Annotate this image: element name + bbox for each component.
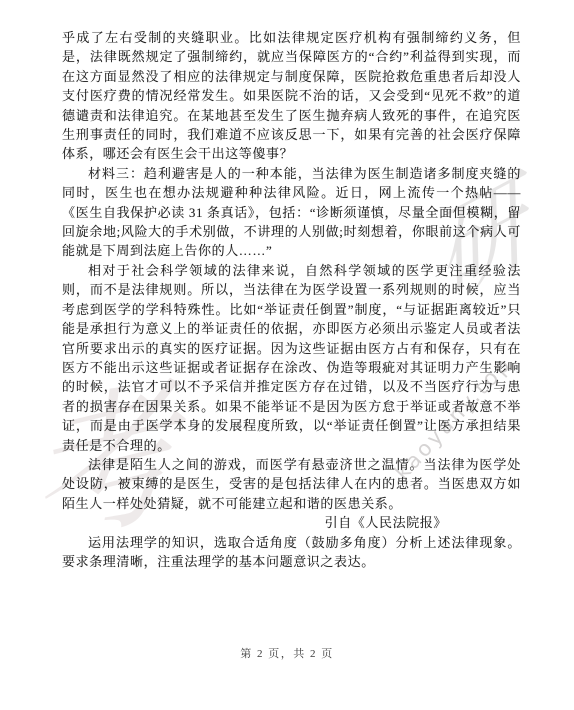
- document-body: 乎成了左右受制的夹缝职业。比如法律规定医疗机构有强制缔约义务，但是，法律既然规定…: [62, 28, 521, 571]
- body-paragraph-question-prompt: 运用法理学的知识，选取合适角度（鼓励多角度）分析上述法律现象。要求条理清晰，注重…: [62, 533, 521, 572]
- body-paragraph-continuation: 乎成了左右受制的夹缝职业。比如法律规定医疗机构有强制缔约义务，但是，法律既然规定…: [62, 28, 521, 164]
- body-paragraph-material-three: 材料三：趋利避害是人的一种本能，当法律为医生制造诸多制度夹缝的同时，医生也在想办…: [62, 164, 521, 261]
- body-paragraph-law-vs-medicine: 相对于社会科学领域的法律来说，自然科学领域的医学更注重经验法则，而不是法律规则。…: [62, 261, 521, 455]
- page-number-footer: 第 2 页，共 2 页: [0, 645, 574, 661]
- scanned-document-page: 研 考 kaoyany.top 乎成了左右受制的夹缝职业。比如法律规定医疗机构有…: [0, 0, 574, 710]
- body-paragraph-strangers-game: 法律是陌生人之间的游戏，而医学有悬壶济世之温情。当法律为医学处处设防，被束缚的是…: [62, 455, 521, 513]
- citation-line: 引自《人民法院报》: [62, 513, 521, 532]
